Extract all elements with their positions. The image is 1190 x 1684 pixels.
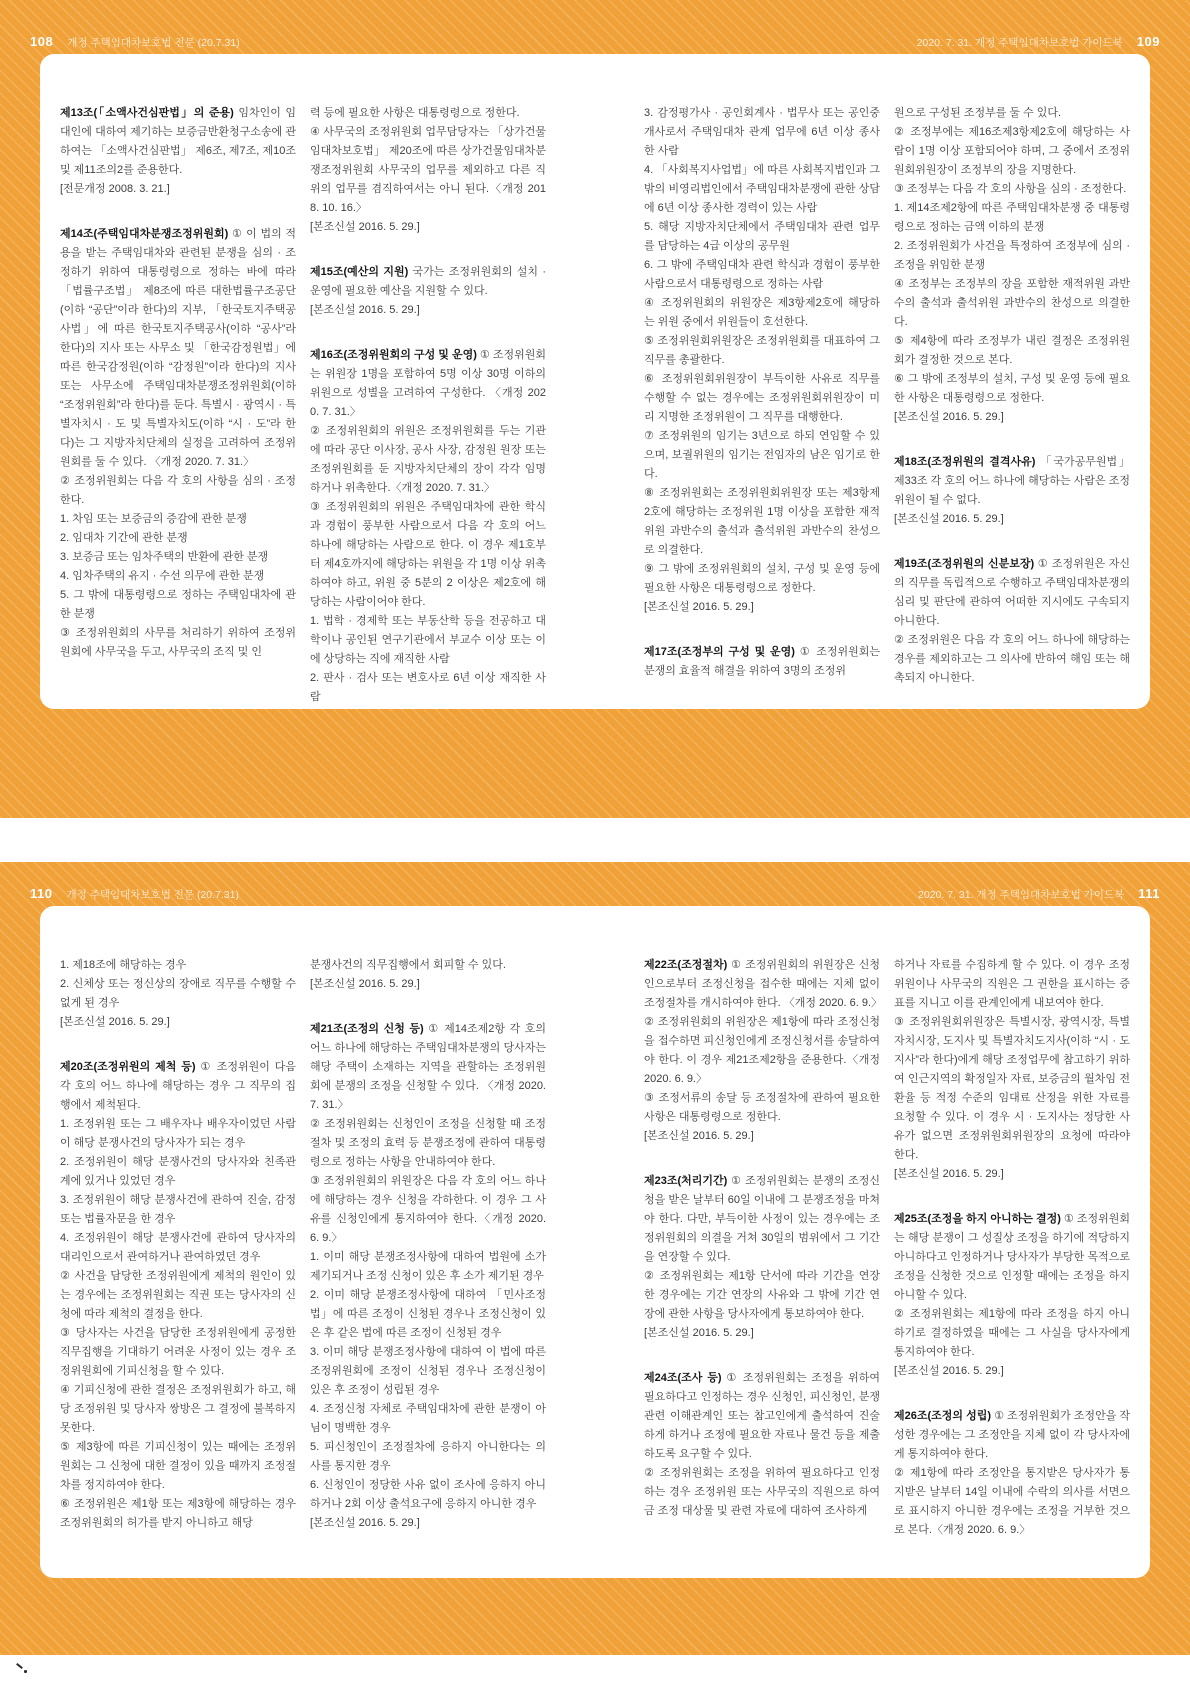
text-column-109-left: 3. 감정평가사 · 공인회계사 · 법무사 또는 공인중개사로서 주택임대차 … (644, 104, 880, 709)
paragraph: ② 사건을 담당한 조정위원에게 제척의 원인이 있는 경우에는 조정위원회는 … (60, 1267, 296, 1324)
spread-108-109: 108 개정 주택임대차보호법 전문 (20.7.31) 2020. 7. 31… (0, 0, 1190, 818)
paragraph: 력 등에 필요한 사항은 대통령령으로 정한다. (310, 104, 546, 123)
text-column-109-right: 원으로 구성된 조정부를 둘 수 있다.② 조정부에는 제16조제3항제2호에 … (894, 104, 1130, 709)
article-title: 제16조(조정위원회의 구성 및 운영) (310, 349, 477, 361)
paragraph: ② 조정위원회는 신청인이 조정을 신청할 때 조정 절차 및 조정의 효력 등… (310, 1115, 546, 1172)
header-right: 2020. 7. 31. 개정 주택임대차보호법 가이드북 111 (918, 886, 1160, 902)
list-item: 1. 제18조에 해당하는 경우 (60, 956, 296, 975)
amendment-note: [본조신설 2016. 5. 29.] (310, 218, 546, 237)
list-item: 6. 신청인이 정당한 사유 없이 조사에 응하지 아니하거나 2회 이상 출석… (310, 1476, 546, 1514)
article-title: 제23조(처리기간) (644, 1175, 727, 1187)
amendment-note: [전문개정 2008. 3. 21.] (60, 180, 296, 199)
paragraph: ③ 조정서류의 송달 등 조정절차에 관하여 필요한 사항은 대통령령으로 정한… (644, 1089, 880, 1127)
text-column-111-left: 제22조(조정절차) ① 조정위원회의 위원장은 신청인으로부터 조정신청을 접… (644, 956, 880, 1578)
paragraph: 분쟁사건의 직무집행에서 회피할 수 있다. (310, 956, 546, 975)
paragraph: ② 조정부에는 제16조제3항제2호에 해당하는 사람이 1명 이상 포함되어야… (894, 123, 1130, 180)
print-artifact-mark (16, 1664, 28, 1674)
amendment-note: [본조신설 2016. 5. 29.] (310, 301, 546, 320)
article-body-text: ① 조정위원회는 해당 분쟁이 그 성질상 조정을 하기에 적당하지 아니하다고… (894, 1213, 1130, 1301)
list-item: 5. 피신청인이 조정절차에 응하지 아니한다는 의사를 통지한 경우 (310, 1438, 546, 1476)
text-column-111-right: 하거나 자료를 수집하게 할 수 있다. 이 경우 조정위원이나 사무국의 직원… (894, 956, 1130, 1578)
paragraph: ③ 당사자는 사건을 담당한 조정위원에게 공정한 직무집행을 기대하기 어려운… (60, 1324, 296, 1381)
paragraph: 원으로 구성된 조정부를 둘 수 있다. (894, 104, 1130, 123)
paragraph: ② 조정위원은 다음 각 호의 어느 하나에 해당하는 경우를 제외하고는 그 … (894, 631, 1130, 688)
guidebook-page: 108 개정 주택임대차보호법 전문 (20.7.31) 2020. 7. 31… (0, 0, 1190, 1684)
article-title: 제15조(예산의 지원) (310, 266, 408, 278)
list-item: 3. 감정평가사 · 공인회계사 · 법무사 또는 공인중개사로서 주택임대차 … (644, 104, 880, 161)
paragraph: ⑤ 제4항에 따라 조정부가 내린 결정은 조정위원회가 결정한 것으로 본다. (894, 332, 1130, 370)
list-item: 4. 「사회복지사업법」에 따른 사회복지법인과 그 밖의 비영리법인에서 주택… (644, 161, 880, 218)
paragraph: ③ 조정위원회의 위원장은 다음 각 호의 어느 하나에 해당하는 경우 신청을… (310, 1172, 546, 1248)
article-block: 제19조(조정위원의 신분보장) ① 조정위원은 자신의 직무를 독립적으로 수… (894, 555, 1130, 631)
paragraph: ③ 조정위원회의 위원은 주택임대차에 관한 학식과 경험이 풍부한 사람으로서… (310, 498, 546, 612)
amendment-note: [본조신설 2016. 5. 29.] (894, 1362, 1130, 1381)
paragraph: ⑦ 조정위원의 임기는 3년으로 하되 연임할 수 있으며, 보궐위원의 임기는… (644, 427, 880, 484)
header-left: 108 개정 주택임대차보호법 전문 (20.7.31) (30, 34, 240, 50)
text-column-110-left: 1. 제18조에 해당하는 경우2. 신체상 또는 정신상의 장애로 직무를 수… (60, 956, 296, 1578)
article-block: 제15조(예산의 지원) 국가는 조정위원회의 설치 · 운영에 필요한 예산을… (310, 263, 546, 301)
paragraph: ② 조정위원회의 위원은 조정위원회를 두는 기관에 따라 공단 이사장, 공사… (310, 422, 546, 498)
list-item: 1. 조정위원 또는 그 배우자나 배우자이었던 사람이 해당 분쟁사건의 당사… (60, 1115, 296, 1153)
article-title: 제21조(조정의 신청 등) (310, 1023, 424, 1035)
paragraph: ⑧ 조정위원회는 조정위원회위원장 또는 제3항제2호에 해당하는 조정위원 1… (644, 484, 880, 560)
page-number-110: 110 (30, 886, 52, 901)
list-item: 2. 신체상 또는 정신상의 장애로 직무를 수행할 수 없게 된 경우 (60, 975, 296, 1013)
spread-110-111: 110 개정 주택임대차보호법 전문 (20.7.31) 2020. 7. 31… (0, 862, 1190, 1655)
paragraph: ② 조정위원회는 제1항에 따라 조정을 하지 아니하기로 결정하였을 때에는 … (894, 1305, 1130, 1362)
text-column-110-right: 분쟁사건의 직무집행에서 회피할 수 있다.[본조신설 2016. 5. 29.… (310, 956, 546, 1578)
article-block: 제13조(「소액사건심판법」의 준용) 임차인이 임대인에 대하여 제기하는 보… (60, 104, 296, 180)
article-block: 제21조(조정의 신청 등) ① 제14조제2항 각 호의 어느 하나에 해당하… (310, 1020, 546, 1115)
article-title: 제24조(조사 등) (644, 1372, 722, 1384)
paragraph: ④ 조정부는 조정부의 장을 포함한 재적위원 과반수의 출석과 출석위원 과반… (894, 275, 1130, 332)
article-title: 제22조(조정절차) (644, 959, 727, 971)
article-block: 제20조(조정위원의 제척 등) ① 조정위원이 다음 각 호의 어느 하나에 … (60, 1058, 296, 1115)
list-item: 4. 조정위원이 해당 분쟁사건에 관하여 당사자의 대리인으로서 관여하거나 … (60, 1229, 296, 1267)
article-body-text: ① 제14조제2항 각 호의 어느 하나에 해당하는 주택임대차분쟁의 당사자는… (310, 1023, 546, 1111)
amendment-note: [본조신설 2016. 5. 29.] (894, 408, 1130, 427)
list-item: 5. 해당 지방자치단체에서 주택임대차 관련 업무를 담당하는 4급 이상의 … (644, 218, 880, 256)
list-item: 3. 보증금 또는 임차주택의 반환에 관한 분쟁 (60, 548, 296, 567)
amendment-note: [본조신설 2016. 5. 29.] (894, 1165, 1130, 1184)
article-block: 제24조(조사 등) ① 조정위원회는 조정을 위하여 필요하다고 인정하는 경… (644, 1369, 880, 1464)
list-item: 6. 그 밖에 주택임대차 관련 학식과 경험이 풍부한 사람으로서 대통령령으… (644, 256, 880, 294)
list-item: 3. 조정위원이 해당 분쟁사건에 관하여 진술, 감정 또는 법률자문을 한 … (60, 1191, 296, 1229)
text-column-108-left: 제13조(「소액사건심판법」의 준용) 임차인이 임대인에 대하여 제기하는 보… (60, 104, 296, 709)
article-title: 제13조(「소액사건심판법」의 준용) (60, 107, 234, 119)
article-body-text: ① 조정위원회는 분쟁의 조정신청을 받은 날부터 60일 이내에 그 분쟁조정… (644, 1175, 880, 1263)
amendment-note: [본조신설 2016. 5. 29.] (60, 1013, 296, 1032)
article-title: 제20조(조정위원의 제척 등) (60, 1061, 195, 1073)
article-title: 제14조(주택임대차분쟁조정위원회) (60, 228, 228, 240)
list-item: 1. 이미 해당 분쟁조정사항에 대하여 법원에 소가 제기되거나 조정 신청이… (310, 1248, 546, 1286)
paragraph: 하거나 자료를 수집하게 할 수 있다. 이 경우 조정위원이나 사무국의 직원… (894, 956, 1130, 1013)
paragraph: ④ 기피신청에 관한 결정은 조정위원회가 하고, 해당 조정위원 및 당사자 … (60, 1381, 296, 1438)
content-card-top: 제13조(「소액사건심판법」의 준용) 임차인이 임대인에 대하여 제기하는 보… (40, 54, 1150, 709)
amendment-note: [본조신설 2016. 5. 29.] (310, 1514, 546, 1533)
article-block: 제22조(조정절차) ① 조정위원회의 위원장은 신청인으로부터 조정신청을 접… (644, 956, 880, 1013)
paragraph: ③ 조정위원회의 사무를 처리하기 위하여 조정위원회에 사무국을 두고, 사무… (60, 624, 296, 662)
article-title: 제25조(조정을 하지 아니하는 결정) (894, 1213, 1061, 1225)
content-card-bottom: 1. 제18조에 해당하는 경우2. 신체상 또는 정신상의 장애로 직무를 수… (40, 906, 1150, 1578)
paragraph: ② 조정위원회는 제1항 단서에 따라 기간을 연장한 경우에는 기간 연장의 … (644, 1267, 880, 1324)
list-item: 1. 차임 또는 보증금의 증감에 관한 분쟁 (60, 510, 296, 529)
paragraph: ③ 조정위원회위원장은 특별시장, 광역시장, 특별자치시장, 도지사 및 특별… (894, 1013, 1130, 1165)
list-item: 2. 조정위원이 해당 분쟁사건의 당사자와 친족관계에 있거나 있었던 경우 (60, 1153, 296, 1191)
article-block: 제26조(조정의 성립) ① 조정위원회가 조정안을 작성한 경우에는 그 조정… (894, 1407, 1130, 1464)
article-block: 제25조(조정을 하지 아니하는 결정) ① 조정위원회는 해당 분쟁이 그 성… (894, 1210, 1130, 1305)
article-block: 제18조(조정위원의 결격사유) 「국가공무원법」 제33조 각 호의 어느 하… (894, 453, 1130, 510)
article-title: 제26조(조정의 성립) (894, 1410, 991, 1422)
article-title: 제19조(조정위원의 신분보장) (894, 558, 1034, 570)
header-title-right: 2020. 7. 31. 개정 주택임대차보호법 가이드북 (918, 887, 1124, 902)
paragraph: ⑨ 그 밖에 조정위원회의 설치, 구성 및 운영 등에 필요한 사항은 대통령… (644, 560, 880, 598)
page-number-109: 109 (1137, 34, 1160, 49)
paragraph: ⑥ 조정위원은 제1항 또는 제3항에 해당하는 경우 조정위원회의 허가를 받… (60, 1495, 296, 1533)
paragraph: ⑤ 제3항에 따른 기피신청이 있는 때에는 조정위원회는 그 신청에 대한 결… (60, 1438, 296, 1495)
list-item: 4. 임차주택의 유지 · 수선 의무에 관한 분쟁 (60, 567, 296, 586)
amendment-note: [본조신설 2016. 5. 29.] (310, 975, 546, 994)
amendment-note: [본조신설 2016. 5. 29.] (644, 598, 880, 617)
list-item: 2. 조정위원회가 사건을 특정하여 조정부에 심의 · 조정을 위임한 분쟁 (894, 237, 1130, 275)
amendment-note: [본조신설 2016. 5. 29.] (894, 510, 1130, 529)
paragraph: ④ 조정위원회의 위원장은 제3항제2호에 해당하는 위원 중에서 위원들이 호… (644, 294, 880, 332)
page-header-bottom: 110 개정 주택임대차보호법 전문 (20.7.31) 2020. 7. 31… (0, 862, 1190, 906)
text-column-108-right: 력 등에 필요한 사항은 대통령령으로 정한다.④ 사무국의 조정위원회 업무담… (310, 104, 546, 709)
article-block: 제16조(조정위원회의 구성 및 운영) ① 조정위원회는 위원장 1명을 포함… (310, 346, 546, 422)
list-item: 5. 그 밖에 대통령령으로 정하는 주택임대차에 관한 분쟁 (60, 586, 296, 624)
article-block: 제23조(처리기간) ① 조정위원회는 분쟁의 조정신청을 받은 날부터 60일… (644, 1172, 880, 1267)
header-right: 2020. 7. 31. 개정 주택임대차보호법 가이드북 109 (917, 34, 1160, 50)
article-title: 제18조(조정위원의 결격사유) (894, 456, 1035, 468)
article-block: 제14조(주택임대차분쟁조정위원회) ① 이 법의 적용을 받는 주택임대차와 … (60, 225, 296, 472)
list-item: 2. 임대차 기간에 관한 분쟁 (60, 529, 296, 548)
amendment-note: [본조신설 2016. 5. 29.] (644, 1127, 880, 1146)
header-title-right: 2020. 7. 31. 개정 주택임대차보호법 가이드북 (917, 35, 1123, 50)
list-item: 3. 이미 해당 분쟁조정사항에 대하여 이 법에 따른 조정위원회에 조정이 … (310, 1343, 546, 1400)
paragraph: ⑥ 조정위원회위원장이 부득이한 사유로 직무를 수행할 수 없는 경우에는 조… (644, 370, 880, 427)
amendment-note: [본조신설 2016. 5. 29.] (644, 1324, 880, 1343)
list-item: 4. 조정신청 자체로 주택임대차에 관한 분쟁이 아님이 명백한 경우 (310, 1400, 546, 1438)
paragraph: ② 제1항에 따라 조정안을 통지받은 당사자가 통지받은 날부터 14일 이내… (894, 1464, 1130, 1540)
header-title-left: 개정 주택임대차보호법 전문 (20.7.31) (66, 887, 239, 902)
header-title-left: 개정 주택임대차보호법 전문 (20.7.31) (67, 35, 240, 50)
paragraph: ② 조정위원회의 위원장은 제1항에 따라 조정신청을 접수하면 피신청인에게 … (644, 1013, 880, 1089)
paragraph: ③ 조정부는 다음 각 호의 사항을 심의 · 조정한다. (894, 180, 1130, 199)
page-header-top: 108 개정 주택임대차보호법 전문 (20.7.31) 2020. 7. 31… (0, 0, 1190, 54)
paragraph: ⑤ 조정위원회위원장은 조정위원회를 대표하여 그 직무를 총괄한다. (644, 332, 880, 370)
paragraph: ⑥ 그 밖에 조정부의 설치, 구성 및 운영 등에 필요한 사항은 대통령령으… (894, 370, 1130, 408)
header-left: 110 개정 주택임대차보호법 전문 (20.7.31) (30, 886, 239, 902)
article-block: 제17조(조정부의 구성 및 운영) ① 조정위원회는 분쟁의 효율적 해결을 … (644, 643, 880, 681)
paragraph: ② 조정위원회는 조정을 위하여 필요하다고 인정하는 경우 조정위원 또는 사… (644, 1464, 880, 1521)
page-number-108: 108 (30, 34, 53, 49)
print-artifact-dot (24, 1670, 27, 1673)
article-body-text: ① 이 법의 적용을 받는 주택임대차와 관련된 분쟁을 심의 · 조정하기 위… (60, 228, 296, 468)
list-item: 1. 법학 · 경제학 또는 부동산학 등을 전공하고 대학이나 공인된 연구기… (310, 612, 546, 669)
print-artifact-tick (16, 1663, 23, 1669)
list-item: 1. 제14조제2항에 따른 주택임대차분쟁 중 대통령령으로 정하는 금액 이… (894, 199, 1130, 237)
page-number-111: 111 (1138, 886, 1160, 901)
paragraph: ② 조정위원회는 다음 각 호의 사항을 심의 · 조정한다. (60, 472, 296, 510)
article-title: 제17조(조정부의 구성 및 운영) (644, 646, 795, 658)
article-body-text: ① 조정위원회는 조정을 위하여 필요하다고 인정하는 경우 신청인, 피신청인… (644, 1372, 880, 1460)
list-item: 2. 판사 · 검사 또는 변호사로 6년 이상 재직한 사람 (310, 669, 546, 707)
paragraph: ④ 사무국의 조정위원회 업무담당자는 「상가건물 임대차보호법」 제20조에 … (310, 123, 546, 218)
list-item: 2. 이미 해당 분쟁조정사항에 대하여 「민사조정법」에 따른 조정이 신청된… (310, 1286, 546, 1343)
